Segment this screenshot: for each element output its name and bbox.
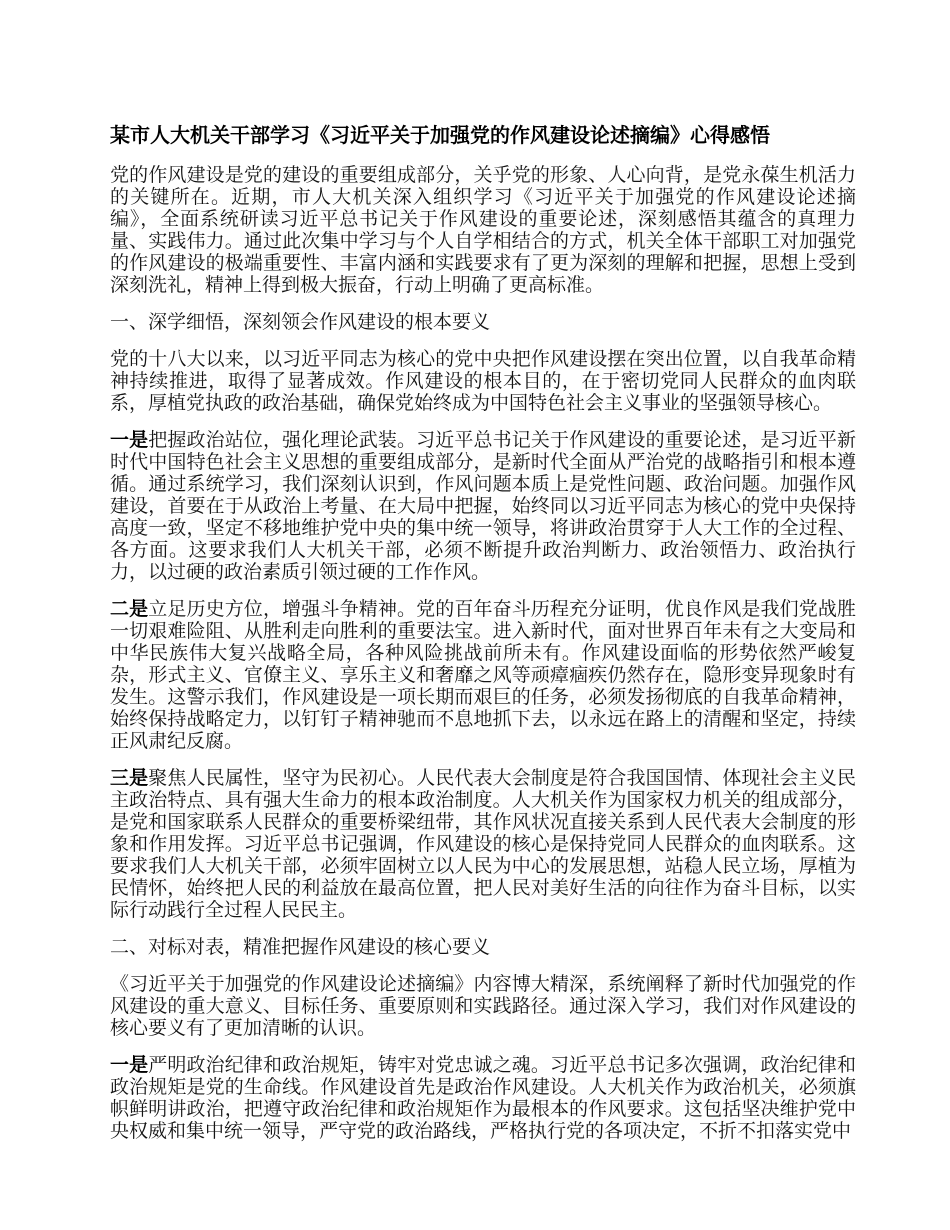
paragraph: 二是立足历史方位，增强斗争精神。党的百年奋斗历程充分证明，优良作风是我们党战胜一… xyxy=(110,599,856,753)
paragraph: 一是严明政治纪律和政治规矩，铸牢对党忠诚之魂。习近平总书记多次强调，政治纪律和政… xyxy=(110,1055,856,1143)
paragraph-lead: 三是 xyxy=(110,768,148,789)
paragraph-body: 聚焦人民属性，坚守为民初心。人民代表大会制度是符合我国国情、体现社会主义民主政治… xyxy=(110,768,856,921)
document-page: 某市人大机关干部学习《习近平关于加强党的作风建设论述摘编》心得感悟 党的作风建设… xyxy=(110,124,856,1143)
document-title: 某市人大机关干部学习《习近平关于加强党的作风建设论述摘编》心得感悟 xyxy=(110,124,856,148)
paragraph: 党的十八大以来，以习近平同志为核心的党中央把作风建设摆在突出位置，以自我革命精神… xyxy=(110,349,856,415)
paragraph-lead: 一是 xyxy=(110,430,148,451)
paragraph-body: 严明政治纪律和政治规矩，铸牢对党忠诚之魂。习近平总书记多次强调，政治纪律和政治规… xyxy=(110,1055,856,1142)
paragraph-intro: 党的作风建设是党的建设的重要组成部分，关乎党的形象、人心向背，是党永葆生机活力的… xyxy=(110,165,856,297)
paragraph-body: 立足历史方位，增强斗争精神。党的百年奋斗历程充分证明，优良作风是我们党战胜一切艰… xyxy=(110,599,856,752)
paragraph: 三是聚焦人民属性，坚守为民初心。人民代表大会制度是符合我国国情、体现社会主义民主… xyxy=(110,768,856,922)
paragraph: 一是把握政治站位，强化理论武装。习近平总书记关于作风建设的重要论述，是习近平新时… xyxy=(110,430,856,584)
paragraph-lead: 二是 xyxy=(110,599,148,620)
paragraph-body: 把握政治站位，强化理论武装。习近平总书记关于作风建设的重要论述，是习近平新时代中… xyxy=(110,430,856,583)
paragraph-lead: 一是 xyxy=(110,1055,148,1076)
paragraph: 《习近平关于加强党的作风建设论述摘编》内容博大精深，系统阐释了新时代加强党的作风… xyxy=(110,974,856,1040)
section-heading-2: 二、对标对表，精准把握作风建设的核心要义 xyxy=(110,937,856,959)
section-heading-1: 一、深学细悟，深刻领会作风建设的根本要义 xyxy=(110,312,856,334)
